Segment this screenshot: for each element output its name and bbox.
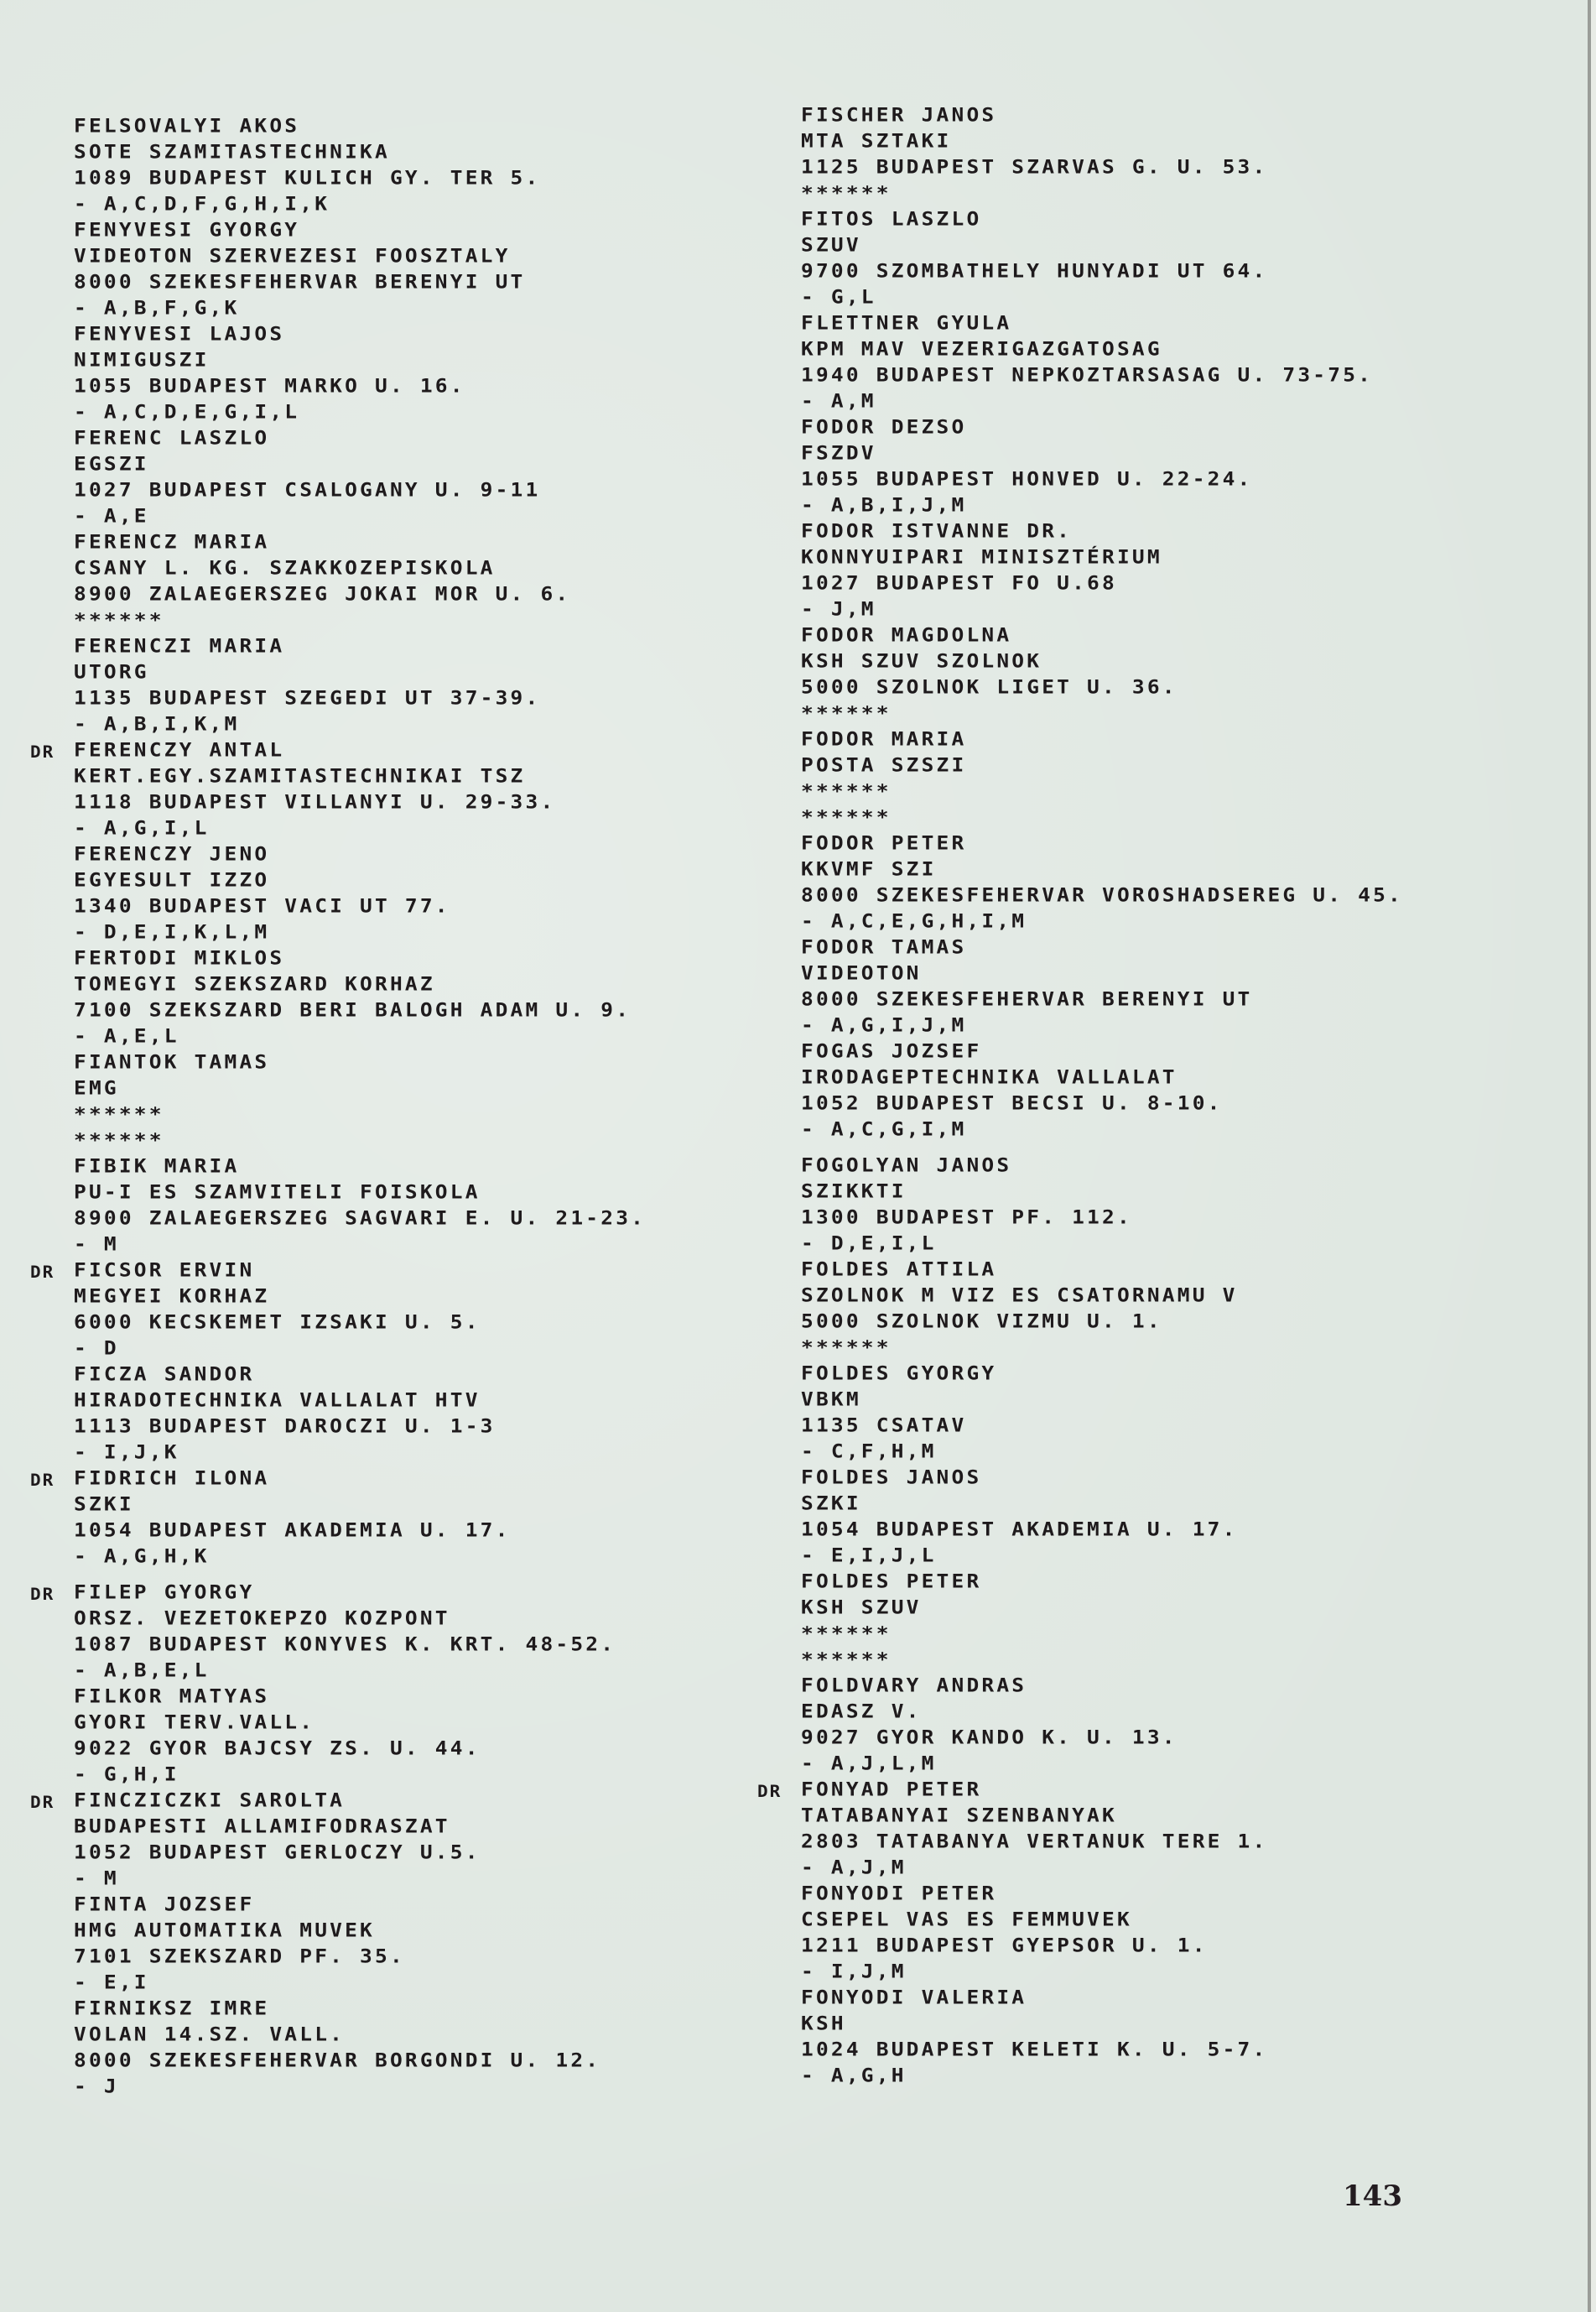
line-text: 8000 SZEKESFEHERVAR VOROSHADSEREG U. 45.	[801, 883, 1403, 906]
line-text: FOLDES JANOS	[801, 1466, 981, 1488]
line-text: FODOR PETER	[801, 831, 966, 854]
address-line: 1087 BUDAPEST KONYVES K. KRT. 48-52.	[74, 1632, 646, 1656]
directory-line: DRFICSOR ERVIN	[74, 1258, 646, 1282]
line-text: FICSOR ERVIN	[74, 1258, 254, 1281]
address-line: 1027 BUDAPEST FO U.68	[801, 570, 1403, 595]
line-text: - J,M	[801, 597, 876, 620]
line-text: ******	[801, 805, 892, 828]
no-data-marker: ******	[801, 1621, 1403, 1645]
directory-line: FOLDES ATTILA	[801, 1257, 1403, 1281]
address-line: 1055 BUDAPEST HONVED U. 22-24.	[801, 466, 1403, 491]
directory-line: KERT.EGY.SZAMITASTECHNIKAI TSZ	[74, 763, 646, 788]
interest-codes: - D,E,I,L	[801, 1231, 1403, 1255]
page-edge-margin	[1591, 0, 1596, 2312]
title-prefix: DR	[30, 1583, 55, 1607]
line-text: ******	[801, 1622, 892, 1644]
directory-line: POSTA SZSZI	[801, 752, 1403, 777]
line-text: 1340 BUDAPEST VACI UT 77.	[74, 894, 450, 917]
line-text: - A,J,L,M	[801, 1752, 937, 1774]
line-text: UTORG	[74, 660, 149, 683]
line-text: - A,C,D,F,G,H,I,K	[74, 192, 330, 215]
line-text: ******	[74, 1102, 164, 1125]
line-text: EGSZI	[74, 452, 149, 475]
interest-codes: - A,B,I,K,M	[74, 711, 646, 736]
line-text: VOLAN 14.SZ. VALL.	[74, 2023, 345, 2045]
line-text: 8000 SZEKESFEHERVAR BERENYI UT	[74, 270, 526, 293]
directory-line: FIBIK MARIA	[74, 1153, 646, 1178]
line-text: FOLDES PETER	[801, 1570, 981, 1592]
line-text: FERTODI MIKLOS	[74, 946, 284, 969]
address-line: 5000 SZOLNOK VIZMU U. 1.	[801, 1309, 1403, 1333]
interest-codes: - E,I	[74, 1970, 646, 1994]
no-data-marker: ******	[74, 1127, 646, 1152]
interest-codes: - A,G,H,K	[74, 1544, 646, 1568]
address-line: 8900 ZALAEGERSZEG SAGVARI E. U. 21-23.	[74, 1205, 646, 1230]
address-line: 1055 BUDAPEST MARKO U. 16.	[74, 373, 646, 398]
directory-line: FLETTNER GYULA	[801, 310, 1403, 335]
line-text: FOLDVARY ANDRAS	[801, 1674, 1027, 1696]
line-text: 6000 KECSKEMET IZSAKI U. 5.	[74, 1310, 481, 1333]
line-text: 1027 BUDAPEST FO U.68	[801, 571, 1117, 594]
line-text: VIDEOTON	[801, 961, 922, 984]
line-text: - A,C,G,I,M	[801, 1117, 966, 1140]
line-text: SZIKKTI	[801, 1179, 907, 1202]
line-text: GYORI TERV.VALL.	[74, 1711, 315, 1733]
interest-codes: - D,E,I,K,L,M	[74, 919, 646, 944]
line-text: 8900 ZALAEGERSZEG JOKAI MOR U. 6.	[74, 582, 570, 605]
directory-line: FOLDES JANOS	[801, 1465, 1403, 1489]
directory-line: DRFINCZICZKI SAROLTA	[74, 1788, 646, 1812]
line-text: 1125 BUDAPEST SZARVAS G. U. 53.	[801, 155, 1267, 178]
line-text: FODOR ISTVANNE DR.	[801, 519, 1072, 542]
address-line: 7101 SZEKSZARD PF. 35.	[74, 1944, 646, 1968]
interest-codes: - A,J,M	[801, 1855, 1403, 1879]
directory-line: FODOR TAMAS	[801, 935, 1403, 959]
address-line: 9022 GYOR BAJCSY ZS. U. 44.	[74, 1736, 646, 1760]
line-text: - E,I	[74, 1971, 149, 1993]
line-text: ORSZ. VEZETOKEPZO KOZPONT	[74, 1606, 450, 1629]
directory-line: CSANY L. KG. SZAKKOZEPISKOLA	[74, 555, 646, 580]
line-text: HMG AUTOMATIKA MUVEK	[74, 1919, 375, 1941]
line-text: 1211 BUDAPEST GYEPSOR U. 1.	[801, 1934, 1208, 1956]
address-line: 1135 CSATAV	[801, 1413, 1403, 1437]
line-text: FODOR MARIA	[801, 727, 966, 750]
directory-line: IRODAGEPTECHNIKA VALLALAT	[801, 1065, 1403, 1089]
directory-column-right: FISCHER JANOSMTA SZTAKI1125 BUDAPEST SZA…	[801, 102, 1403, 2088]
interest-codes: - A,G,I,J,M	[801, 1013, 1403, 1037]
line-text: FERENCZ MARIA	[74, 530, 269, 553]
address-line: 8000 SZEKESFEHERVAR BERENYI UT	[74, 269, 646, 294]
address-line: 1113 BUDAPEST DAROCZI U. 1-3	[74, 1414, 646, 1438]
line-text: FOGOLYAN JANOS	[801, 1153, 1011, 1176]
line-text: FONYODI PETER	[801, 1882, 996, 1904]
directory-line: MTA SZTAKI	[801, 128, 1403, 153]
line-text: FIDRICH ILONA	[74, 1466, 269, 1489]
line-text: ******	[801, 181, 892, 204]
line-text: 1024 BUDAPEST KELETI K. U. 5-7.	[801, 2038, 1267, 2060]
line-text: FSZDV	[801, 441, 876, 464]
directory-line: FONYODI PETER	[801, 1881, 1403, 1905]
directory-line: BUDAPESTI ALLAMIFODRASZAT	[74, 1814, 646, 1838]
line-text: MEGYEI KORHAZ	[74, 1284, 269, 1307]
address-line: 5000 SZOLNOK LIGET U. 36.	[801, 674, 1403, 699]
line-text: IRODAGEPTECHNIKA VALLALAT	[801, 1065, 1178, 1088]
line-text: - A,C,D,E,G,I,L	[74, 400, 299, 423]
line-text: 1300 BUDAPEST PF. 112.	[801, 1205, 1132, 1228]
line-text: - E,I,J,L	[801, 1544, 937, 1566]
interest-codes: - A,C,G,I,M	[801, 1117, 1403, 1141]
line-text: - A,E	[74, 504, 149, 527]
directory-line: KPM MAV VEZERIGAZGATOSAG	[801, 336, 1403, 361]
line-text: - A,C,E,G,H,I,M	[801, 909, 1027, 932]
address-line: 1052 BUDAPEST GERLOCZY U.5.	[74, 1840, 646, 1864]
directory-line: NIMIGUSZI	[74, 347, 646, 372]
line-text: SZKI	[74, 1492, 134, 1515]
no-data-marker: ******	[801, 778, 1403, 803]
directory-line: PU-I ES SZAMVITELI FOISKOLA	[74, 1179, 646, 1204]
line-text: ******	[801, 1648, 892, 1670]
interest-codes: - G,H,I	[74, 1762, 646, 1786]
interest-codes: - M	[74, 1232, 646, 1256]
directory-line: FIANTOK TAMAS	[74, 1049, 646, 1074]
directory-line: HIRADOTECHNIKA VALLALAT HTV	[74, 1388, 646, 1412]
interest-codes: - A,E	[74, 503, 646, 528]
address-line: 2803 TATABANYA VERTANUK TERE 1.	[801, 1829, 1403, 1853]
line-text: NIMIGUSZI	[74, 348, 210, 371]
line-text: ******	[74, 1128, 164, 1151]
line-text: 1087 BUDAPEST KONYVES K. KRT. 48-52.	[74, 1632, 616, 1655]
directory-line: SZKI	[74, 1492, 646, 1516]
line-text: FIRNIKSZ IMRE	[74, 1997, 269, 2019]
line-text: KKVMF SZI	[801, 857, 937, 880]
line-text: 1118 BUDAPEST VILLANYI U. 29-33.	[74, 790, 555, 813]
line-text: CSEPEL VAS ES FEMMUVEK	[801, 1908, 1132, 1930]
directory-line: CSEPEL VAS ES FEMMUVEK	[801, 1907, 1403, 1931]
line-text: 1054 BUDAPEST AKADEMIA U. 17.	[801, 1518, 1238, 1540]
line-text: 9022 GYOR BAJCSY ZS. U. 44.	[74, 1737, 481, 1759]
line-text: KSH SZUV SZOLNOK	[801, 649, 1042, 672]
line-text: BUDAPESTI ALLAMIFODRASZAT	[74, 1815, 450, 1837]
directory-line: EDASZ V.	[801, 1699, 1403, 1723]
address-line: 1300 BUDAPEST PF. 112.	[801, 1205, 1403, 1229]
line-text: FICZA SANDOR	[74, 1362, 254, 1385]
line-text: 2803 TATABANYA VERTANUK TERE 1.	[801, 1830, 1267, 1852]
directory-line: FOGOLYAN JANOS	[801, 1153, 1403, 1177]
line-text: TATABANYAI SZENBANYAK	[801, 1804, 1117, 1826]
line-text: FIANTOK TAMAS	[74, 1050, 269, 1073]
interest-codes: - I,J,M	[801, 1959, 1403, 1983]
line-text: - G,L	[801, 285, 876, 308]
line-text: - I,J,M	[801, 1960, 907, 1982]
line-text: KERT.EGY.SZAMITASTECHNIKAI TSZ	[74, 764, 526, 787]
line-text: FODOR TAMAS	[801, 935, 966, 958]
directory-line: FIRNIKSZ IMRE	[74, 1996, 646, 2020]
line-text: FONYAD PETER	[801, 1778, 981, 1800]
line-text: 8900 ZALAEGERSZEG SAGVARI E. U. 21-23.	[74, 1206, 646, 1229]
directory-line: KONNYUIPARI MINISZTÉRIUM	[801, 544, 1403, 569]
line-text: HIRADOTECHNIKA VALLALAT HTV	[74, 1388, 481, 1411]
interest-codes: - J	[74, 2074, 646, 2098]
line-text: EGYESULT IZZO	[74, 868, 269, 891]
line-text: - I,J,K	[74, 1440, 179, 1463]
directory-line: SZKI	[801, 1491, 1403, 1515]
line-text: EMG	[74, 1076, 119, 1099]
directory-line: HMG AUTOMATIKA MUVEK	[74, 1918, 646, 1942]
line-text: - A,G,H	[801, 2064, 907, 2086]
line-text: CSANY L. KG. SZAKKOZEPISKOLA	[74, 556, 496, 579]
line-text: FOLDES ATTILA	[801, 1258, 996, 1280]
no-data-marker: ******	[801, 180, 1403, 205]
address-line: 1054 BUDAPEST AKADEMIA U. 17.	[801, 1517, 1403, 1541]
directory-line: EGSZI	[74, 451, 646, 476]
interest-codes: - I,J,K	[74, 1440, 646, 1464]
interest-codes: - A,C,E,G,H,I,M	[801, 909, 1403, 933]
directory-line: DRFONYAD PETER	[801, 1777, 1403, 1801]
directory-line: FILKOR MATYAS	[74, 1684, 646, 1708]
line-text: KSH	[801, 2012, 846, 2034]
address-line: 1940 BUDAPEST NEPKOZTARSASAG U. 73-75.	[801, 362, 1403, 387]
address-line: 8000 SZEKESFEHERVAR VOROSHADSEREG U. 45.	[801, 883, 1403, 907]
line-text: 1135 BUDAPEST SZEGEDI UT 37-39.	[74, 686, 540, 709]
interest-codes: - A,B,E,L	[74, 1658, 646, 1682]
line-text: 1052 BUDAPEST GERLOCZY U.5.	[74, 1841, 481, 1863]
line-text: 7100 SZEKSZARD BERI BALOGH ADAM U. 9.	[74, 998, 631, 1021]
directory-line: FOGAS JOZSEF	[801, 1039, 1403, 1063]
directory-line: KSH SZUV SZOLNOK	[801, 648, 1403, 673]
directory-line: FODOR ISTVANNE DR.	[801, 518, 1403, 543]
line-text: FODOR DEZSO	[801, 415, 966, 438]
directory-line: FONYODI VALERIA	[801, 1985, 1403, 2009]
directory-line: EMG	[74, 1075, 646, 1100]
title-prefix: DR	[30, 1791, 55, 1815]
address-line: 8000 SZEKESFEHERVAR BORGONDI U. 12.	[74, 2048, 646, 2072]
address-line: 9027 GYOR KANDO K. U. 13.	[801, 1725, 1403, 1749]
page-number: 143	[1343, 2179, 1402, 2213]
address-line: 1054 BUDAPEST AKADEMIA U. 17.	[74, 1518, 646, 1542]
line-text: ******	[801, 779, 892, 802]
directory-line: EGYESULT IZZO	[74, 867, 646, 892]
directory-line: UTORG	[74, 659, 646, 684]
line-text: FIBIK MARIA	[74, 1154, 239, 1177]
title-prefix: DR	[757, 1780, 782, 1804]
interest-codes: - C,F,H,M	[801, 1439, 1403, 1463]
directory-line: SZOLNOK M VIZ ES CSATORNAMU V	[801, 1283, 1403, 1307]
directory-line: VOLAN 14.SZ. VALL.	[74, 2022, 646, 2046]
line-text: EDASZ V.	[801, 1700, 922, 1722]
address-line: 1135 BUDAPEST SZEGEDI UT 37-39.	[74, 685, 646, 710]
line-text: SZOLNOK M VIZ ES CSATORNAMU V	[801, 1284, 1238, 1306]
line-text: - M	[74, 1867, 119, 1889]
title-prefix: DR	[30, 1469, 55, 1493]
line-text: 9027 GYOR KANDO K. U. 13.	[801, 1726, 1178, 1748]
directory-line: VIDEOTON	[801, 961, 1403, 985]
directory-column-left: FELSOVALYI AKOSSOTE SZAMITASTECHNIKA1089…	[74, 112, 646, 2099]
directory-line: ORSZ. VEZETOKEPZO KOZPONT	[74, 1606, 646, 1630]
line-text: FOLDES GYORGY	[801, 1362, 996, 1384]
line-text: - A,G,H,K	[74, 1544, 210, 1567]
address-line: 7100 SZEKSZARD BERI BALOGH ADAM U. 9.	[74, 997, 646, 1022]
interest-codes: - D	[74, 1336, 646, 1360]
directory-line: SZUV	[801, 232, 1403, 257]
line-text: KONNYUIPARI MINISZTÉRIUM	[801, 545, 1162, 568]
directory-line: SZIKKTI	[801, 1179, 1403, 1203]
line-text: 1054 BUDAPEST AKADEMIA U. 17.	[74, 1518, 511, 1541]
line-text: - J	[74, 2075, 119, 2097]
address-line: 9700 SZOMBATHELY HUNYADI UT 64.	[801, 258, 1403, 283]
directory-line: FSZDV	[801, 440, 1403, 465]
line-text: - A,M	[801, 389, 876, 412]
directory-line: FODOR PETER	[801, 831, 1403, 855]
directory-line: TATABANYAI SZENBANYAK	[801, 1803, 1403, 1827]
interest-codes: - A,C,D,F,G,H,I,K	[74, 191, 646, 216]
address-line: 8900 ZALAEGERSZEG JOKAI MOR U. 6.	[74, 581, 646, 606]
directory-line: FODOR DEZSO	[801, 414, 1403, 439]
directory-line: FERTODI MIKLOS	[74, 945, 646, 970]
interest-codes: - A,C,D,E,G,I,L	[74, 399, 646, 424]
directory-line: KKVMF SZI	[801, 857, 1403, 881]
no-data-marker: ******	[74, 1101, 646, 1126]
directory-line: TOMEGYI SZEKSZARD KORHAZ	[74, 971, 646, 996]
directory-line: FERENC LASZLO	[74, 425, 646, 450]
directory-line: FENYVESI LAJOS	[74, 321, 646, 346]
interest-codes: - A,B,I,J,M	[801, 492, 1403, 517]
address-line: 1089 BUDAPEST KULICH GY. TER 5.	[74, 165, 646, 190]
line-text: SZKI	[801, 1492, 861, 1514]
interest-codes: - A,G,I,L	[74, 815, 646, 840]
line-text: SOTE SZAMITASTECHNIKA	[74, 140, 390, 163]
directory-line: VIDEOTON SZERVEZESI FOOSZTALY	[74, 243, 646, 268]
directory-line: FERENCZY JENO	[74, 841, 646, 866]
line-text: FODOR MAGDOLNA	[801, 623, 1011, 646]
line-text: - A,B,I,K,M	[74, 712, 239, 735]
line-text: - A,G,I,L	[74, 816, 210, 839]
directory-line: FODOR MARIA	[801, 726, 1403, 751]
line-text: - A,J,M	[801, 1856, 907, 1878]
line-text: - D	[74, 1336, 119, 1359]
interest-codes: - A,M	[801, 388, 1403, 413]
line-text: 1940 BUDAPEST NEPKOZTARSASAG U. 73-75.	[801, 363, 1373, 386]
interest-codes: - A,J,L,M	[801, 1751, 1403, 1775]
directory-line: DRFIDRICH ILONA	[74, 1466, 646, 1490]
line-text: ******	[801, 701, 892, 724]
line-text: FOGAS JOZSEF	[801, 1039, 981, 1062]
no-data-marker: ******	[74, 607, 646, 632]
directory-line: FELSOVALYI AKOS	[74, 113, 646, 138]
line-text: 1089 BUDAPEST KULICH GY. TER 5.	[74, 166, 540, 189]
address-line: 1125 BUDAPEST SZARVAS G. U. 53.	[801, 154, 1403, 179]
line-text: VBKM	[801, 1388, 861, 1410]
line-text: ******	[74, 608, 164, 631]
line-text: - A,B,F,G,K	[74, 296, 239, 319]
directory-line: FITOS LASZLO	[801, 206, 1403, 231]
address-line: 6000 KECSKEMET IZSAKI U. 5.	[74, 1310, 646, 1334]
line-text: - A,B,I,J,M	[801, 493, 966, 516]
line-text: FINCZICZKI SAROLTA	[74, 1789, 345, 1811]
line-text: SZUV	[801, 233, 861, 256]
no-data-marker: ******	[801, 700, 1403, 725]
line-text: FISCHER JANOS	[801, 103, 996, 126]
address-line: 1052 BUDAPEST BECSI U. 8-10.	[801, 1091, 1403, 1115]
line-text: FELSOVALYI AKOS	[74, 114, 299, 137]
directory-line: DRFERENCZY ANTAL	[74, 737, 646, 762]
line-text: MTA SZTAKI	[801, 129, 952, 152]
line-text: - A,B,E,L	[74, 1658, 210, 1681]
directory-line: FOLDES PETER	[801, 1569, 1403, 1593]
address-line: 1027 BUDAPEST CSALOGANY U. 9-11	[74, 477, 646, 502]
directory-line: DRFILEP GYORGY	[74, 1580, 646, 1604]
directory-line: FENYVESI GYORGY	[74, 217, 646, 242]
directory-line: MEGYEI KORHAZ	[74, 1284, 646, 1308]
no-data-marker: ******	[801, 1647, 1403, 1671]
line-text: FERENC LASZLO	[74, 426, 269, 449]
line-text: FENYVESI GYORGY	[74, 218, 299, 241]
directory-line: FOLDES GYORGY	[801, 1361, 1403, 1385]
line-text: - A,E,L	[74, 1024, 179, 1047]
directory-line: GYORI TERV.VALL.	[74, 1710, 646, 1734]
line-text: KSH SZUV	[801, 1596, 922, 1618]
line-text: POSTA SZSZI	[801, 753, 966, 776]
line-text: - A,G,I,J,M	[801, 1013, 966, 1036]
directory-line: FOLDVARY ANDRAS	[801, 1673, 1403, 1697]
line-text: FILEP GYORGY	[74, 1580, 254, 1603]
directory-line: KSH	[801, 2011, 1403, 2035]
line-text: - D,E,I,K,L,M	[74, 920, 269, 943]
line-text: - C,F,H,M	[801, 1440, 937, 1462]
no-data-marker: ******	[801, 1335, 1403, 1359]
directory-line: SOTE SZAMITASTECHNIKA	[74, 139, 646, 164]
interest-codes: - J,M	[801, 596, 1403, 621]
line-text: FERENCZI MARIA	[74, 634, 284, 657]
line-text: FERENCZY ANTAL	[74, 738, 284, 761]
line-text: 1135 CSATAV	[801, 1414, 966, 1436]
line-text: VIDEOTON SZERVEZESI FOOSZTALY	[74, 244, 511, 267]
line-text: FENYVESI LAJOS	[74, 322, 284, 345]
line-text: FONYODI VALERIA	[801, 1986, 1027, 2008]
directory-line: VBKM	[801, 1387, 1403, 1411]
line-text: KPM MAV VEZERIGAZGATOSAG	[801, 337, 1162, 360]
directory-line: FERENCZ MARIA	[74, 529, 646, 554]
line-text: FINTA JOZSEF	[74, 1893, 254, 1915]
interest-codes: - A,E,L	[74, 1023, 646, 1048]
interest-codes: - E,I,J,L	[801, 1543, 1403, 1567]
line-text: 1055 BUDAPEST MARKO U. 16.	[74, 374, 465, 397]
line-text: - G,H,I	[74, 1763, 179, 1785]
line-text: FERENCZY JENO	[74, 842, 269, 865]
title-prefix: DR	[30, 741, 55, 765]
directory-line: FISCHER JANOS	[801, 102, 1403, 127]
directory-line: FICZA SANDOR	[74, 1362, 646, 1386]
line-text: 8000 SZEKESFEHERVAR BORGONDI U. 12.	[74, 2049, 600, 2071]
line-text: - D,E,I,L	[801, 1232, 937, 1254]
directory-line: FODOR MAGDOLNA	[801, 622, 1403, 647]
interest-codes: - A,G,H	[801, 2063, 1403, 2087]
directory-line: FINTA JOZSEF	[74, 1892, 646, 1916]
line-text: 1055 BUDAPEST HONVED U. 22-24.	[801, 467, 1253, 490]
line-text: PU-I ES SZAMVITELI FOISKOLA	[74, 1180, 481, 1203]
line-text: ******	[801, 1336, 892, 1358]
address-line: 1118 BUDAPEST VILLANYI U. 29-33.	[74, 789, 646, 814]
directory-line: FERENCZI MARIA	[74, 633, 646, 658]
interest-codes: - M	[74, 1866, 646, 1890]
line-text: 8000 SZEKESFEHERVAR BERENYI UT	[801, 987, 1253, 1010]
address-line: 8000 SZEKESFEHERVAR BERENYI UT	[801, 987, 1403, 1011]
no-data-marker: ******	[801, 805, 1403, 829]
directory-line: KSH SZUV	[801, 1595, 1403, 1619]
line-text: 1027 BUDAPEST CSALOGANY U. 9-11	[74, 478, 540, 501]
line-text: 5000 SZOLNOK VIZMU U. 1.	[801, 1310, 1162, 1332]
line-text: 9700 SZOMBATHELY HUNYADI UT 64.	[801, 259, 1267, 282]
line-text: FILKOR MATYAS	[74, 1685, 269, 1707]
